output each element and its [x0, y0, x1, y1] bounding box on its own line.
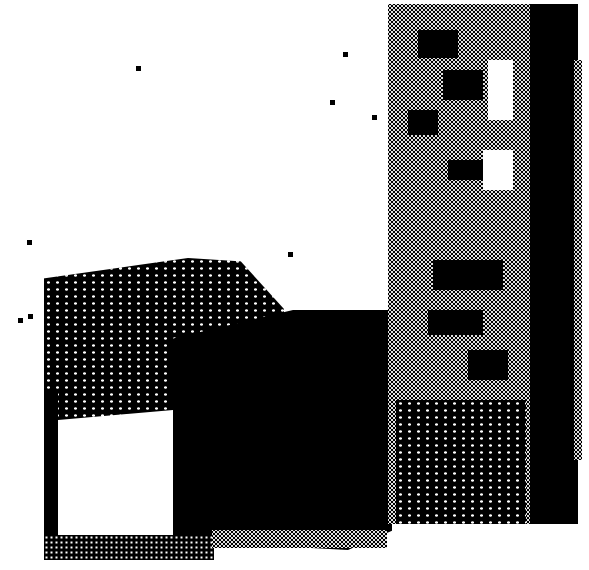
- speck: [136, 66, 141, 71]
- speck: [330, 100, 335, 105]
- speck: [28, 314, 33, 319]
- cabinet-side: [530, 4, 578, 524]
- speck: [288, 252, 293, 257]
- panel-module: [443, 70, 483, 100]
- cabinet-side-edge: [574, 60, 582, 460]
- speck: [343, 52, 348, 57]
- console-floor-shadow: [212, 530, 387, 548]
- speck: [372, 115, 377, 120]
- panel-module: [418, 30, 458, 58]
- speck: [18, 318, 23, 323]
- photo-scene: [0, 0, 589, 570]
- panel-module: [433, 260, 503, 290]
- console-unit: [42, 240, 392, 570]
- panel-module: [408, 110, 438, 135]
- cabinet-lower-panel: [396, 400, 526, 524]
- equipment-cabinet: [388, 0, 584, 530]
- panel-module: [468, 350, 508, 380]
- console-front-block: [172, 310, 392, 550]
- panel-module: [428, 310, 483, 335]
- panel-highlight: [488, 60, 513, 120]
- speck: [27, 240, 32, 245]
- panel-highlight: [483, 150, 513, 190]
- console-base: [44, 535, 214, 560]
- console-open-space: [58, 410, 173, 535]
